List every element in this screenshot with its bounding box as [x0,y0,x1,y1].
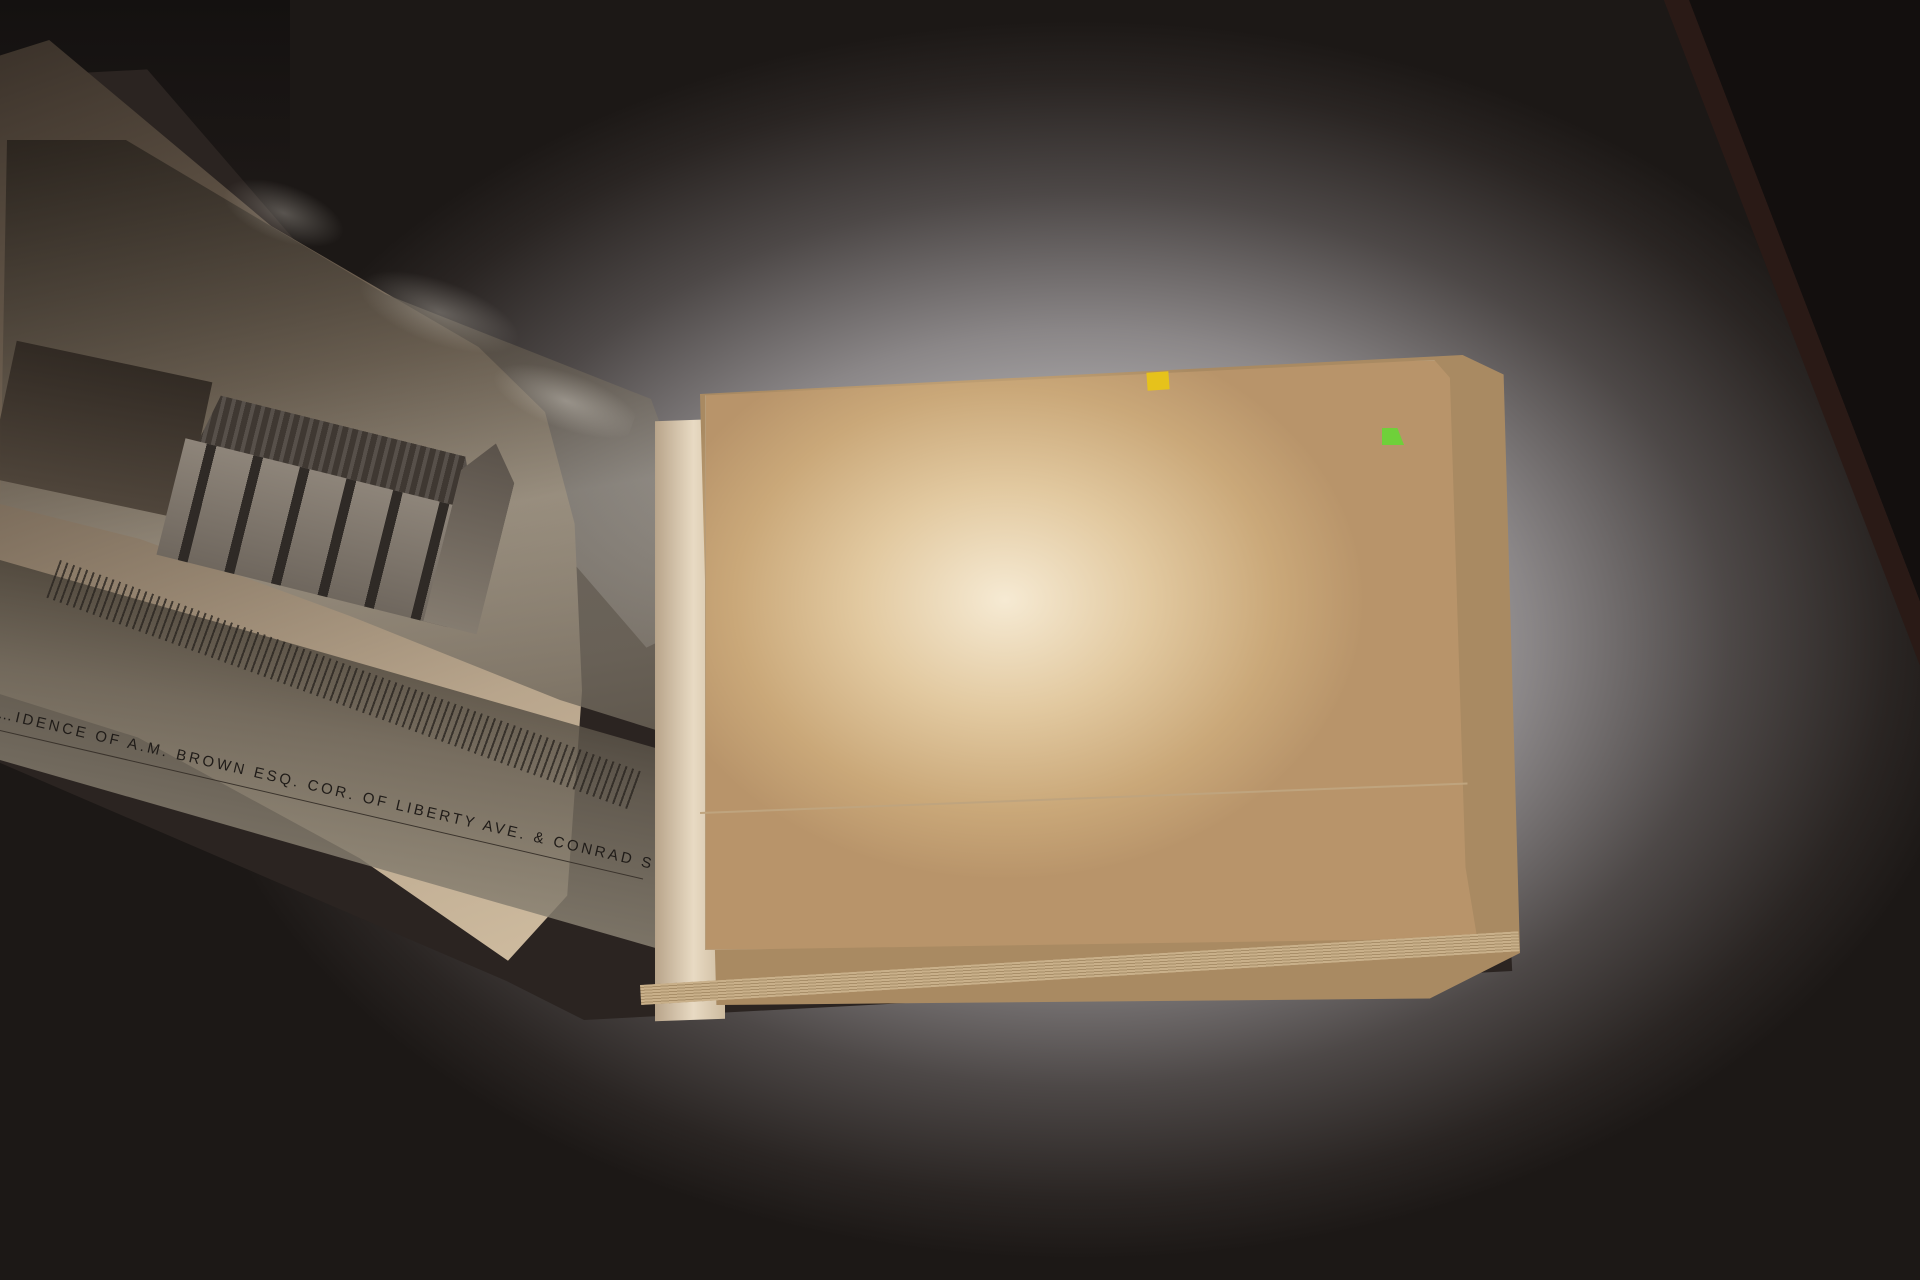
yellow-tab-marker [1146,371,1169,390]
dark-shelf-edge [1500,0,1920,1280]
photo-scene: …IDENCE OF A.M. BROWN ESQ. COR. OF LIBER… [0,0,1920,1280]
blank-mounted-sheet [705,360,1485,950]
